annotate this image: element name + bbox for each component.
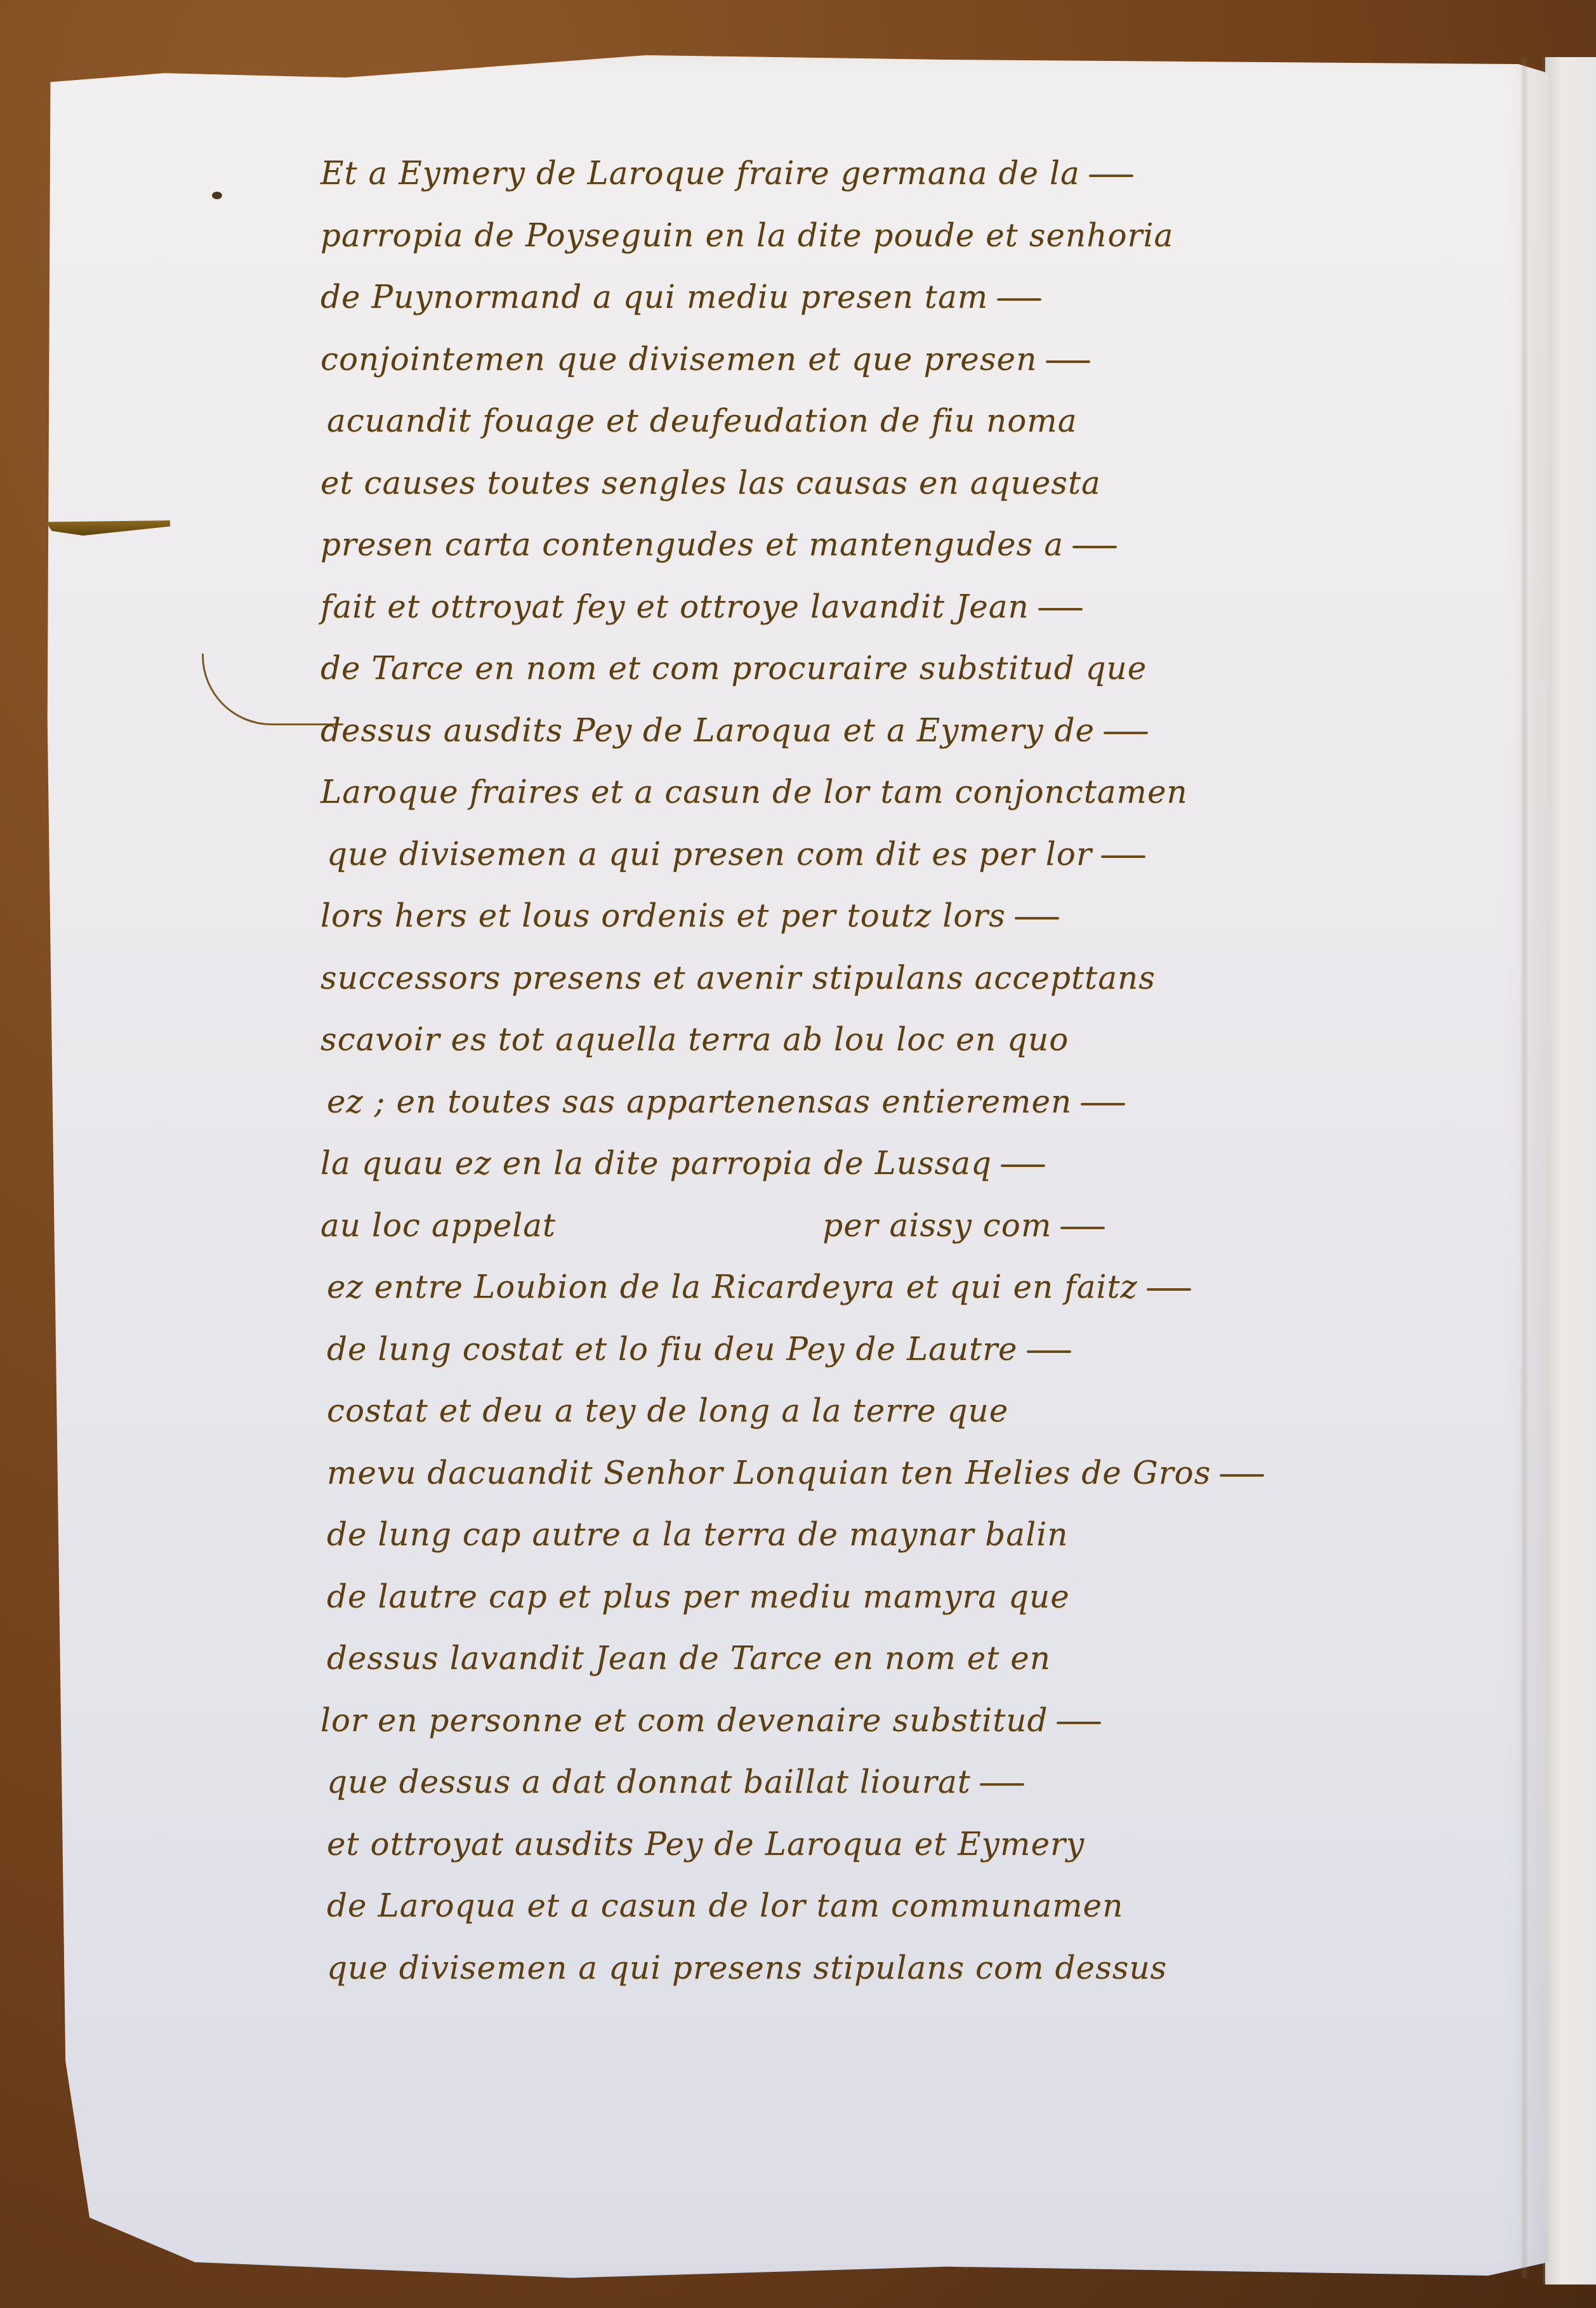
manuscript-line-10: dessus ausdits Pey de Laroqua et a Eymer…: [320, 700, 1526, 762]
manuscript-line-29: de Laroqua et a casun de lor tam communa…: [320, 1875, 1526, 1937]
manuscript-line-12: que divisemen a qui presen com dit es pe…: [320, 824, 1526, 886]
manuscript-line-25: dessus lavandit Jean de Tarce en nom et …: [320, 1628, 1526, 1690]
manuscript-line-30: que divisemen a qui presens stipulans co…: [320, 1937, 1526, 2000]
adjacent-page-edge: [1543, 57, 1596, 2285]
line-filler-dash: [1057, 1722, 1101, 1724]
manuscript-line-7: presen carta contengudes et mantengudes …: [320, 514, 1526, 576]
manuscript-line-1: Et a Eymery de Laroque fraire germana de…: [320, 143, 1526, 205]
manuscript-line-9: de Tarce en nom et com procuraire substi…: [320, 638, 1526, 700]
line-filler-dash: [1072, 546, 1117, 548]
manuscript-line-11: Laroque fraires et a casun de lor tam co…: [320, 762, 1526, 824]
manuscript-line-28: et ottroyat ausdits Pey de Laroqua et Ey…: [320, 1814, 1526, 1876]
manuscript-line-23: de lung cap autre a la terra de maynar b…: [320, 1504, 1526, 1566]
manuscript-line-5: acuandit fouage et deufeudation de fiu n…: [320, 390, 1526, 452]
manuscript-line-2: parropia de Poyseguin en la dite poude e…: [320, 205, 1526, 267]
manuscript-line-3: de Puynormand a qui mediu presen tam: [320, 267, 1526, 329]
manuscript-line-13: lors hers et lous ordenis et per toutz l…: [320, 885, 1526, 947]
manuscript-line-17: la quau ez en la dite parropia de Lussaq: [320, 1133, 1526, 1195]
manuscript-line-16: ez ; en toutes sas appartenensas entiere…: [320, 1071, 1526, 1133]
line-filler-dash: [1147, 1288, 1191, 1291]
manuscript-line-19: ez entre Loubion de la Ricardeyra et qui…: [320, 1256, 1526, 1319]
line-filler-dash: [1027, 1350, 1071, 1353]
line-filler-dash: [980, 1783, 1024, 1786]
line-filler-dash: [1220, 1474, 1264, 1477]
manuscript-line-22: mevu dacuandit Senhor Lonquian ten Helie…: [320, 1442, 1526, 1505]
manuscript-line-26: lor en personne et com devenaire substit…: [320, 1690, 1526, 1752]
manuscript-line-20: de lung costat et lo fiu deu Pey de Laut…: [320, 1319, 1526, 1381]
manuscript-line-18: au loc appelatper aissy com: [320, 1195, 1526, 1257]
line-filler-dash: [1001, 1164, 1045, 1167]
manuscript-line-24: de lautre cap et plus per mediu mamyra q…: [320, 1566, 1526, 1628]
manuscript-line-15: scavoir es tot aquella terra ab lou loc …: [320, 1009, 1526, 1071]
line-filler-dash: [1081, 1103, 1125, 1105]
line-filler-dash: [997, 298, 1041, 301]
margin-ink-dot: [212, 192, 222, 199]
line-filler-dash: [1104, 732, 1148, 734]
line-filler-dash: [1089, 175, 1133, 177]
line-filler-dash: [1015, 917, 1059, 920]
manuscript-line-4: conjointemen que divisemen et que presen: [320, 329, 1526, 391]
manuscript-line-27: que dessus a dat donnat baillat liourat: [320, 1751, 1526, 1814]
line-filler-dash: [1060, 1227, 1105, 1229]
manuscript-line-14: successors presens et avenir stipulans a…: [320, 947, 1526, 1010]
manuscript-line-8: fait et ottroyat fey et ottroye lavandit…: [320, 576, 1526, 638]
manuscript-line-6: et causes toutes sengles las causas en a…: [320, 452, 1526, 515]
line-filler-dash: [1046, 360, 1090, 363]
manuscript-text-block: Et a Eymery de Laroque fraire germana de…: [320, 143, 1526, 1999]
line-filler-dash: [1038, 608, 1083, 610]
manuscript-line-21: costat et deu a tey de long a la terre q…: [320, 1380, 1526, 1442]
line-filler-dash: [1101, 855, 1145, 858]
